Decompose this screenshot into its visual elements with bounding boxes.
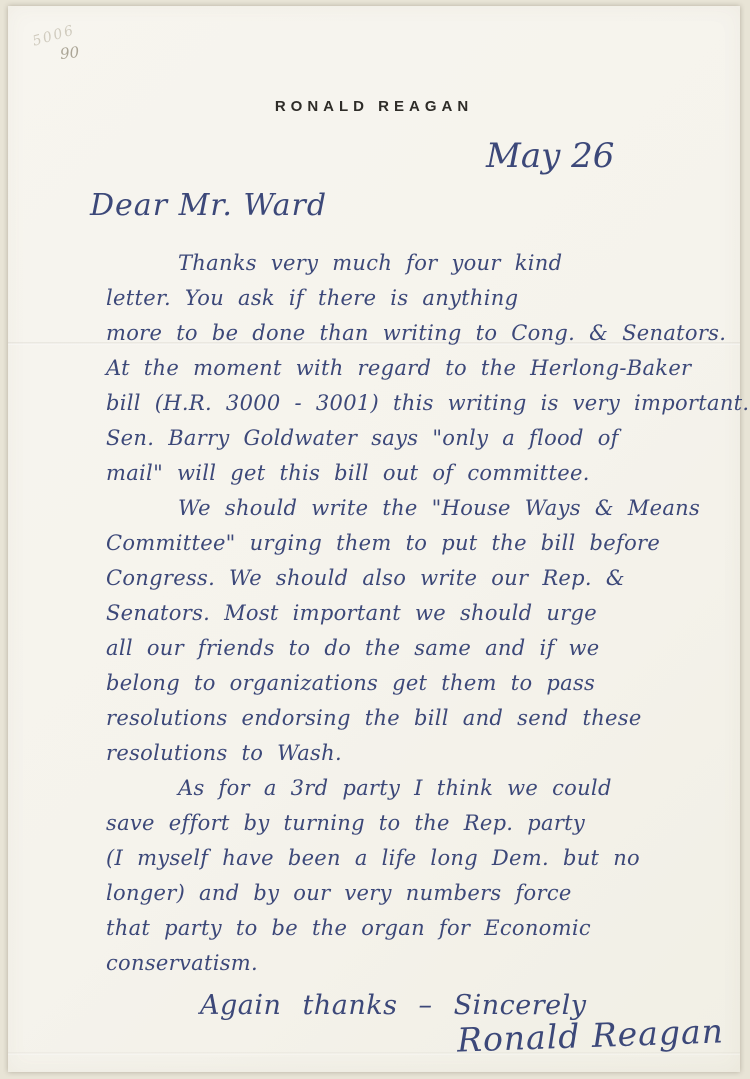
letter-line: At the moment with regard to the Herlong… bbox=[106, 351, 712, 386]
letter-line: As for a 3rd party I think we could bbox=[106, 771, 712, 806]
pencil-note-scribble: 5006 bbox=[31, 22, 77, 49]
letter-line: save effort by turning to the Rep. party bbox=[106, 806, 712, 841]
letter-line: resolutions to Wash. bbox=[106, 736, 712, 771]
letter-line: resolutions endorsing the bill and send … bbox=[106, 701, 712, 736]
letter-line: bill (H.R. 3000 - 3001) this writing is … bbox=[106, 386, 712, 421]
salutation: Dear Mr. Ward bbox=[90, 188, 327, 223]
letter-line: letter. You ask if there is anything bbox=[106, 281, 712, 316]
letter-line: Sen. Barry Goldwater says "only a flood … bbox=[106, 421, 712, 456]
scan-background: { "colors": { "background": "#e8e4d6", "… bbox=[0, 0, 750, 1079]
letter-line: that party to be the organ for Economic bbox=[106, 911, 712, 946]
letter-line: longer) and by our very numbers force bbox=[106, 876, 712, 911]
letterhead-name: RONALD REAGAN bbox=[8, 98, 740, 115]
letter-line: all our friends to do the same and if we bbox=[106, 631, 712, 666]
letter-page: 5006 90 RONALD REAGAN May 26 Dear Mr. Wa… bbox=[8, 6, 740, 1072]
pencil-note-number: 90 bbox=[59, 43, 80, 63]
letter-line: We should write the "House Ways & Means bbox=[106, 491, 712, 526]
letter-line: more to be done than writing to Cong. & … bbox=[106, 316, 712, 351]
letter-line: mail" will get this bill out of committe… bbox=[106, 456, 712, 491]
letter-line: belong to organizations get them to pass bbox=[106, 666, 712, 701]
letter-line: Committee" urging them to put the bill b… bbox=[106, 526, 712, 561]
letter-body: Thanks very much for your kindletter. Yo… bbox=[106, 246, 712, 981]
letter-date: May 26 bbox=[486, 136, 614, 176]
letter-line: Thanks very much for your kind bbox=[106, 246, 712, 281]
letter-line: (I myself have been a life long Dem. but… bbox=[106, 841, 712, 876]
letter-line: conservatism. bbox=[106, 946, 712, 981]
letter-line: Senators. Most important we should urge bbox=[106, 596, 712, 631]
letter-line: Congress. We should also write our Rep. … bbox=[106, 561, 712, 596]
closing-line: Again thanks – Sincerely bbox=[200, 990, 587, 1021]
